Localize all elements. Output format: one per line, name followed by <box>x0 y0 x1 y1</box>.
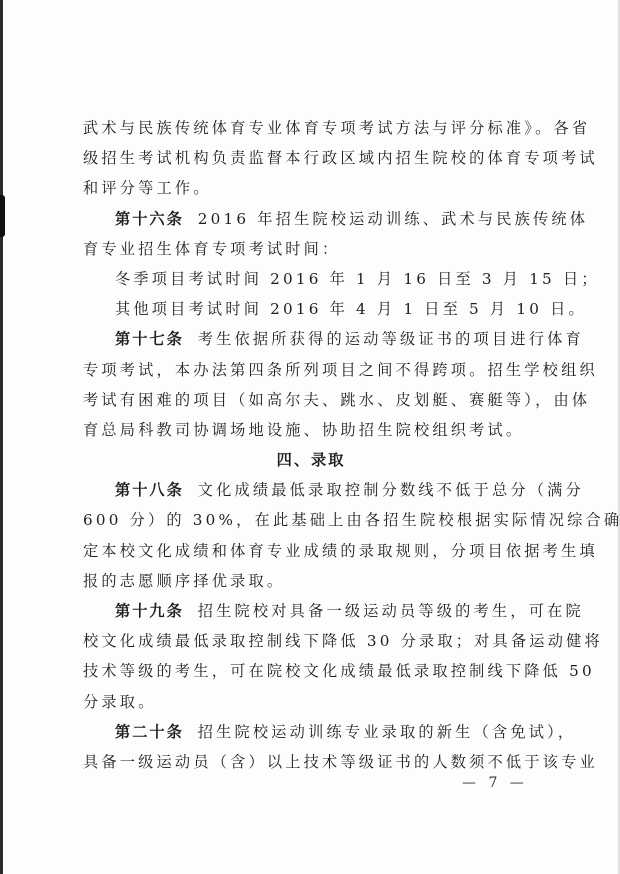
article-number: 第十九条 <box>115 602 184 620</box>
article-number: 第十六条 <box>115 210 184 228</box>
text-line: 武术与民族传统体育专业体育专项考试方法与评分标准》。各省 <box>83 113 539 143</box>
article-17-line: 第十七条考生依据所获得的运动等级证书的项目进行体育 <box>83 324 539 354</box>
text-span: 2016 年招生院校运动训练、武术与民族传统体 <box>198 210 588 228</box>
text-line: 育总局科教司协调场地设施、协助招生院校组织考试。 <box>83 415 539 445</box>
text-span: 招生院校运动训练专业录取的新生（含免试）， <box>198 723 577 741</box>
article-number: 第十七条 <box>115 330 184 348</box>
text-line: 级招生考试机构负责监督本行政区域内招生院校的体育专项考试 <box>83 143 539 173</box>
document-page: 武术与民族传统体育专业体育专项考试方法与评分标准》。各省 级招生考试机构负责监督… <box>0 0 620 874</box>
text-line: 其他项目考试时间 2016 年 4 月 1 日至 5 月 10 日。 <box>83 294 539 324</box>
text-line: 具备一级运动员（含）以上技术等级证书的人数须不低于该专业 <box>83 747 539 777</box>
text-line: 专项考试，本办法第四条所列项目之间不得跨项。招生学校组织 <box>83 355 539 385</box>
text-line: 报的志愿顺序择优录取。 <box>83 566 539 596</box>
document-body: 武术与民族传统体育专业体育专项考试方法与评分标准》。各省 级招生考试机构负责监督… <box>83 113 539 777</box>
text-span: 招生院校对具备一级运动员等级的考生，可在院 <box>198 602 584 620</box>
article-16-line: 第十六条2016 年招生院校运动训练、武术与民族传统体 <box>83 204 539 234</box>
text-line: 技术等级的考生，可在院校文化成绩最低录取控制线下降低 50 <box>83 656 539 686</box>
section-title: 四、录取 <box>83 445 539 475</box>
text-span: 考生依据所获得的运动等级证书的项目进行体育 <box>198 330 584 348</box>
text-line: 育专业招生体育专项考试时间： <box>83 234 539 264</box>
article-18-line: 第十八条文化成绩最低录取控制分数线不低于总分（满分 <box>83 475 539 505</box>
text-line: 分录取。 <box>83 687 539 717</box>
article-20-line: 第二十条招生院校运动训练专业录取的新生（含免试）， <box>83 717 539 747</box>
text-line: 和评分等工作。 <box>83 173 539 203</box>
article-number: 第十八条 <box>115 481 184 499</box>
article-number: 第二十条 <box>115 723 184 741</box>
text-line: 冬季项目考试时间 2016 年 1 月 16 日至 3 月 15 日； <box>83 264 539 294</box>
text-line: 校文化成绩最低录取控制线下降低 30 分录取；对具备运动健将 <box>83 626 539 656</box>
scan-binding-mark <box>0 195 5 237</box>
text-span: 文化成绩最低录取控制分数线不低于总分（满分 <box>198 481 584 499</box>
text-line: 定本校文化成绩和体育专业成绩的录取规则，分项目依据考生填 <box>83 536 539 566</box>
page-number: — 7 — <box>462 775 528 791</box>
scan-edge-left <box>0 0 3 874</box>
article-19-line: 第十九条招生院校对具备一级运动员等级的考生，可在院 <box>83 596 539 626</box>
text-line: 考试有困难的项目（如高尔夫、跳水、皮划艇、赛艇等），由体 <box>83 385 539 415</box>
text-line: 600 分）的 30%，在此基础上由各招生院校根据实际情况综合确 <box>83 505 539 535</box>
